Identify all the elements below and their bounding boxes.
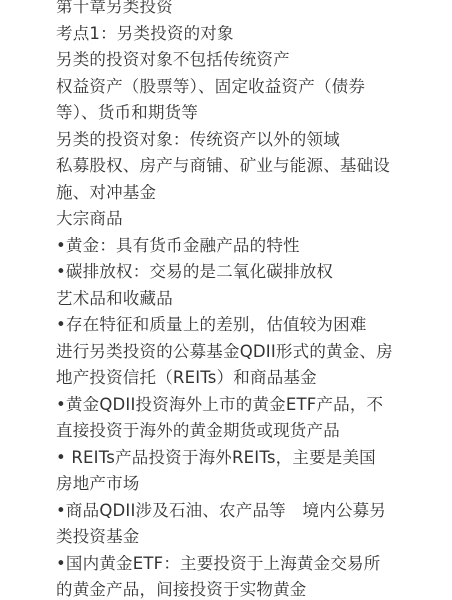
document-body: 第十章另类投资 考点1：另类投资的对象 另类的投资对象不包括传统资产 权益资产（…	[56, 0, 396, 600]
text-line: 另类的投资对象：传统资产以外的领域	[56, 127, 396, 154]
bullet-item: •国内黄金ETF：主要投资于上海黄金交易所	[56, 551, 396, 578]
text-line: 直接投资于海外的黄金期货或现货产品	[56, 418, 396, 445]
bullet-item: •商品QDII涉及石油、农产品等 境内公募另	[56, 498, 396, 525]
bullet-item: •黄金：具有货币金融产品的特性	[56, 233, 396, 260]
bullet-item: •黄金QDII投资海外上市的黄金ETF产品，不	[56, 392, 396, 419]
bullet-item: •存在特征和质量上的差别，估值较为困难	[56, 312, 396, 339]
text-line: 私募股权、房产与商铺、矿业与能源、基础设	[56, 153, 396, 180]
subheading: 艺术品和收藏品	[56, 286, 396, 313]
text-line: 另类的投资对象不包括传统资产	[56, 47, 396, 74]
bullet-item: •碳排放权：交易的是二氧化碳排放权	[56, 259, 396, 286]
text-line: 类投资基金	[56, 524, 396, 551]
subheading: 大宗商品	[56, 206, 396, 233]
text-line: 进行另类投资的公募基金QDII形式的黄金、房	[56, 339, 396, 366]
bullet-item: • REITs产品投资于海外REITs，主要是美国	[56, 445, 396, 472]
text-line: 等）、货币和期货等	[56, 100, 396, 127]
section-heading: 考点1：另类投资的对象	[56, 21, 396, 48]
text-line: 权益资产（股票等）、固定收益资产（债券	[56, 74, 396, 101]
chapter-title: 第十章另类投资	[56, 0, 396, 21]
text-line: 施、对冲基金	[56, 180, 396, 207]
text-line: 地产投资信托（REITs）和商品基金	[56, 365, 396, 392]
text-line: 的黄金产品，间接投资于实物黄金	[56, 577, 396, 600]
text-line: 房地产市场	[56, 471, 396, 498]
